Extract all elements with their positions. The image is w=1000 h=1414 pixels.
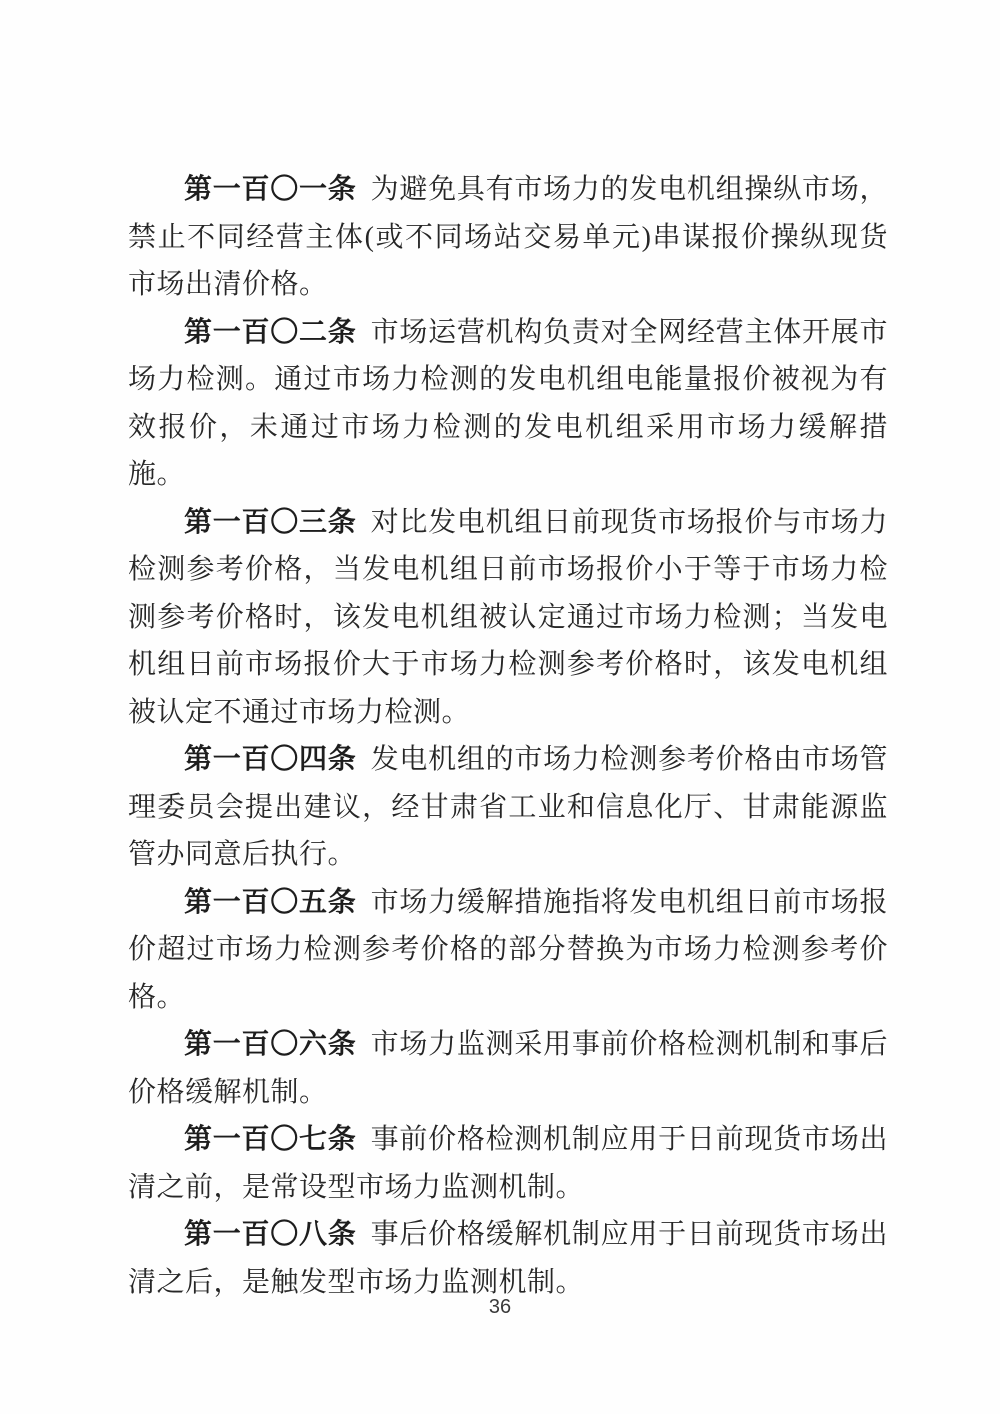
article-number: 第一百〇二条 xyxy=(184,317,371,348)
article-paragraph: 第一百〇六条市场力监测采用事前价格检测机制和事后价格缓解机制。 xyxy=(128,1021,888,1116)
article-number: 第一百〇一条 xyxy=(184,174,371,205)
document-page: 第一百〇一条为避免具有市场力的发电机组操纵市场，禁止不同经营主体(或不同场站交易… xyxy=(0,0,1000,1414)
article-paragraph: 第一百〇四条发电机组的市场力检测参考价格由市场管理委员会提出建议，经甘肃省工业和… xyxy=(128,736,888,879)
article-number: 第一百〇八条 xyxy=(184,1219,371,1250)
article-number: 第一百〇五条 xyxy=(184,887,371,918)
article-paragraph: 第一百〇八条事后价格缓解机制应用于日前现货市场出清之后，是触发型市场力监测机制。 xyxy=(128,1211,888,1306)
article-paragraph: 第一百〇七条事前价格检测机制应用于日前现货市场出清之前，是常设型市场力监测机制。 xyxy=(128,1116,888,1211)
article-paragraph: 第一百〇五条市场力缓解措施指将发电机组日前市场报价超过市场力检测参考价格的部分替… xyxy=(128,879,888,1022)
article-number: 第一百〇四条 xyxy=(184,744,371,775)
article-text-block: 第一百〇一条为避免具有市场力的发电机组操纵市场，禁止不同经营主体(或不同场站交易… xyxy=(128,166,888,1306)
article-paragraph: 第一百〇二条市场运营机构负责对全网经营主体开展市场力检测。通过市场力检测的发电机… xyxy=(128,309,888,499)
article-number: 第一百〇六条 xyxy=(184,1029,371,1060)
article-number: 第一百〇七条 xyxy=(184,1124,371,1155)
article-body-text: 对比发电机组日前现货市场报价与市场力检测参考价格，当发电机组日前市场报价小于等于… xyxy=(128,507,888,728)
article-paragraph: 第一百〇三条对比发电机组日前现货市场报价与市场力检测参考价格，当发电机组日前市场… xyxy=(128,499,888,737)
article-paragraph: 第一百〇一条为避免具有市场力的发电机组操纵市场，禁止不同经营主体(或不同场站交易… xyxy=(128,166,888,309)
article-number: 第一百〇三条 xyxy=(184,507,371,538)
page-number: 36 xyxy=(0,1296,1000,1319)
